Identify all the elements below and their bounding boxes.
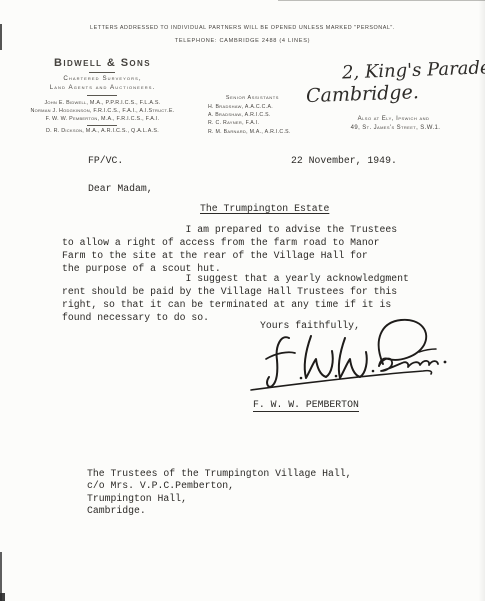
scan-artifact-right-shade xyxy=(478,0,485,601)
partner-line: Norman J. Hodgkinson, F.R.I.C.S., F.A.I.… xyxy=(25,107,180,115)
salutation: Dear Madam, xyxy=(88,183,153,194)
firm-name: Bidwell & Sons xyxy=(30,57,175,69)
partner-line: D. R. Dickson, M.A., A.R.I.C.S., Q.A.L.A… xyxy=(25,128,180,134)
signatory-typed-name: F. W. W. PEMBERTON xyxy=(253,399,359,412)
senior-assistants-title: Senior Assistants xyxy=(195,95,310,101)
also-at-line1: Also at Ely, Ipswich and xyxy=(336,116,451,122)
assistant-line: A. Bradshaw, A.R.I.C.S. xyxy=(208,111,338,119)
assistant-line: R. M. Barnard, M.A., A.R.I.C.S. xyxy=(208,128,338,136)
telephone-line: TELEPHONE: CAMBRIDGE 2488 (4 LINES) xyxy=(0,38,485,44)
firm-role-agents: Land Agents and Auctioneers. xyxy=(30,84,175,91)
partner-line: John E. Bidwell, M.A., P.P.R.I.C.S., F.L… xyxy=(25,99,180,107)
handwritten-signature xyxy=(233,316,451,400)
partners-list: John E. Bidwell, M.A., P.P.R.I.C.S., F.L… xyxy=(25,99,180,124)
also-at-line2: 49, St. James's Street, S.W.1. xyxy=(333,125,458,131)
subject-line: The Trumpington Estate xyxy=(200,203,329,214)
reference-code: FP/VC. xyxy=(88,155,123,166)
senior-assistants-list: H. Bradshaw, A.A.C.C.A. A. Bradshaw, A.R… xyxy=(208,103,338,136)
body-paragraph-1: I am prepared to advise the Trustees to … xyxy=(62,223,397,275)
recipient-address: The Trustees of the Trumpington Village … xyxy=(87,468,352,517)
office-address-script-line2: Cambridge. xyxy=(306,81,427,107)
assistant-line: R. C. Rayner, F.A.I. xyxy=(208,119,338,127)
letter-page: LETTERS ADDRESSED TO INDIVIDUAL PARTNERS… xyxy=(0,0,485,601)
office-address-script-line1: 2, King's Parade, xyxy=(342,58,483,84)
partner-line: F. W. W. Pemberton, M.A., F.R.I.C.S., F.… xyxy=(25,115,180,123)
firm-name-rule xyxy=(89,72,115,73)
scan-artifact-corner xyxy=(0,593,5,601)
partners-rule xyxy=(87,125,117,126)
scan-artifact-top-line xyxy=(278,0,485,1)
roles-rule xyxy=(87,95,117,96)
date-line: 22 November, 1949. xyxy=(291,155,397,166)
firm-role-surveyors: Chartered Surveyors, xyxy=(30,75,175,82)
partners-notice: LETTERS ADDRESSED TO INDIVIDUAL PARTNERS… xyxy=(0,25,485,31)
